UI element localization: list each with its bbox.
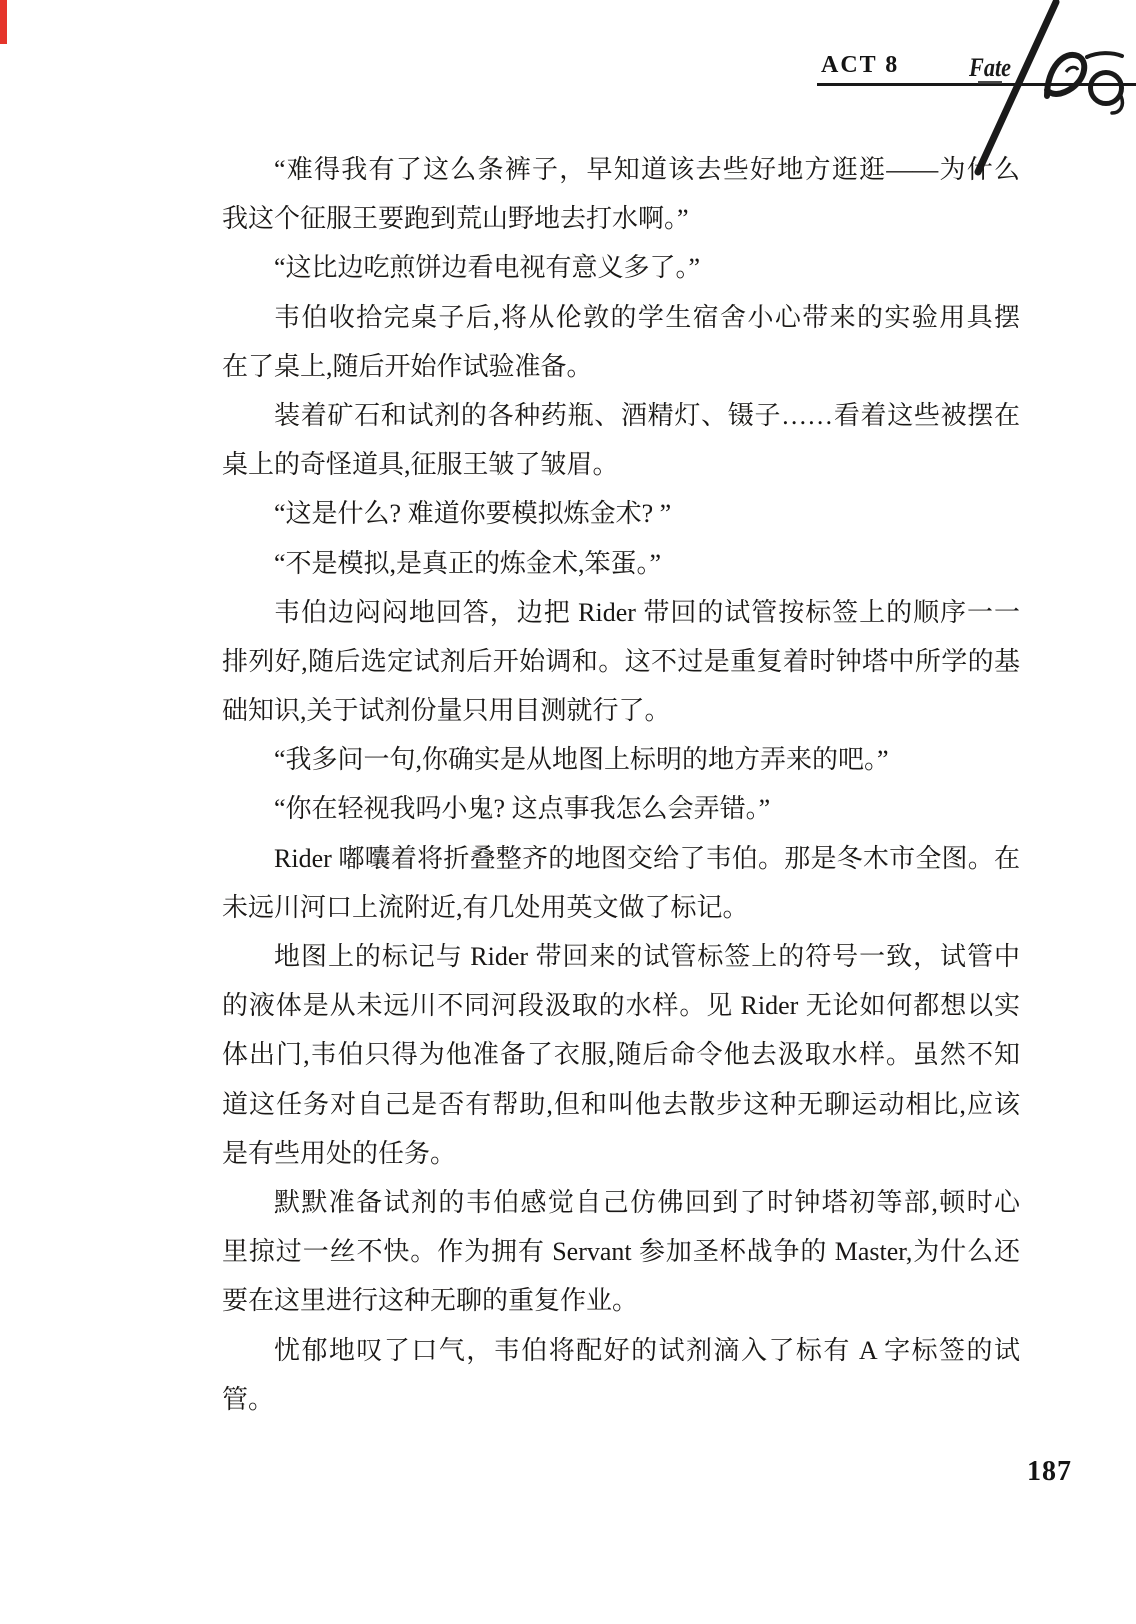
logo-fate-text: Fate	[968, 53, 1011, 82]
text-line: “你在轻视我吗小鬼? 这点事我怎么会弄错。”	[222, 784, 1020, 833]
logo-zero-swirl	[1047, 55, 1084, 96]
text-line: 韦伯收拾完桌子后,将从伦敦的学生宿舍小心带来的实验用具摆	[222, 293, 1020, 342]
text-line: 里掠过一丝不快。作为拥有 Servant 参加圣杯战争的 Master,为什么还	[222, 1227, 1020, 1276]
text-line: 未远川河口上流附近,有几处用英文做了标记。	[222, 883, 1020, 932]
logo-o-ring	[1091, 73, 1122, 104]
text-line: “我多问一句,你确实是从地图上标明的地方弄来的吧。”	[222, 735, 1020, 784]
text-line: 础知识,关于试剂份量只用目测就行了。	[222, 686, 1020, 735]
logo-top-flourish	[1087, 53, 1122, 57]
logo-zero-detail	[1066, 67, 1078, 72]
scan-red-edge-mark	[0, 0, 7, 44]
text-line: “这是什么? 难道你要模拟炼金术? ”	[222, 489, 1020, 538]
text-line: “不是模拟,是真正的炼金术,笨蛋。”	[222, 539, 1020, 588]
text-line: 的液体是从未远川不同河段汲取的水样。见 Rider 无论如何都想以实	[222, 981, 1020, 1030]
text-line: 排列好,随后选定试剂后开始调和。这不过是重复着时钟塔中所学的基	[222, 637, 1020, 686]
text-line: 忧郁地叹了口气，韦伯将配好的试剂滴入了标有 A 字标签的试	[222, 1326, 1020, 1375]
page-number: 187	[1027, 1456, 1072, 1488]
text-line: 我这个征服王要跑到荒山野地去打水啊。”	[222, 194, 1020, 243]
logo-subtext-mark	[978, 81, 1002, 84]
text-line: 装着矿石和试剂的各种药瓶、酒精灯、镊子……看着这些被摆在	[222, 391, 1020, 440]
text-line: 地图上的标记与 Rider 带回来的试管标签上的符号一致，试管中	[222, 932, 1020, 981]
text-line: 管。	[222, 1375, 1020, 1424]
text-line: 桌上的奇怪道具,征服王皱了皱眉。	[222, 440, 1020, 489]
text-line: Rider 嘟囔着将折叠整齐的地图交给了韦伯。那是冬木市全图。在	[222, 834, 1020, 883]
text-lines: “难得我有了这么条裤子，早知道该去些好地方逛逛——为什么我这个征服王要跑到荒山野…	[222, 145, 1020, 1424]
text-line: 要在这里进行这种无聊的重复作业。	[222, 1276, 1020, 1325]
text-line: 道这任务对自己是否有帮助,但和叫他去散步这种无聊运动相比,应该	[222, 1080, 1020, 1129]
text-line: 在了桌上,随后开始作试验准备。	[222, 342, 1020, 391]
text-line: “难得我有了这么条裤子，早知道该去些好地方逛逛——为什么	[222, 145, 1020, 194]
text-line: 默默准备试剂的韦伯感觉自己仿佛回到了时钟塔初等部,顿时心	[222, 1178, 1020, 1227]
text-line: 体出门,韦伯只得为他准备了衣服,随后命令他去汲取水样。虽然不知	[222, 1030, 1020, 1079]
text-line: “这比边吃煎饼边看电视有意义多了。”	[222, 243, 1020, 292]
text-line: 是有些用处的任务。	[222, 1129, 1020, 1178]
text-line: 韦伯边闷闷地回答，边把 Rider 带回的试管按标签上的顺序一一	[222, 588, 1020, 637]
